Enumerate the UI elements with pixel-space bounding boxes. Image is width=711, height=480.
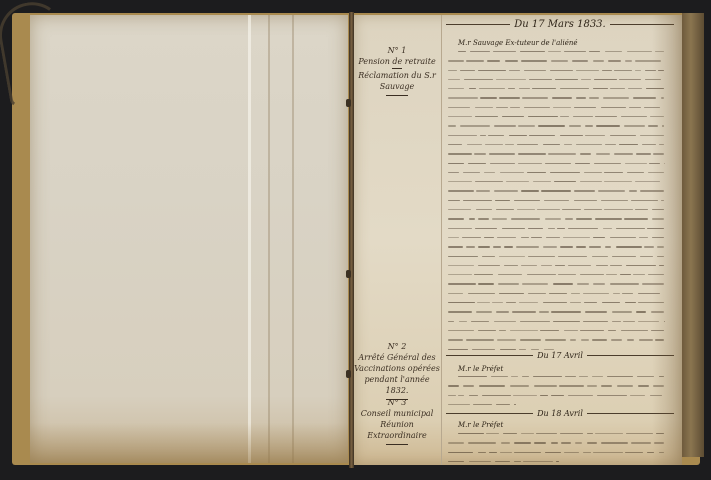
page-fold [248,15,251,463]
handwritten-line [448,149,670,158]
heading-rule [446,355,533,356]
handwritten-line [448,66,670,75]
handwritten-line [448,372,670,381]
entry-subtitle: Réclamation du S.r [354,70,440,81]
heading-rule [587,413,674,414]
heading-rule [446,413,533,414]
handwritten-line [448,112,670,121]
margin-column: N° 1 Pension de retraite Réclamation du … [354,15,440,465]
addressee: M.r le Préfet [458,421,503,429]
handwritten-line [448,131,670,140]
handwritten-line [448,103,670,112]
heading-rule [587,355,674,356]
divider [386,444,408,445]
handwritten-line [448,279,670,288]
entry-title: Arrêté Général des [354,352,440,363]
handwritten-line [448,270,670,279]
page-fold [268,15,270,463]
register-body: Du 17 Mars 1833. M.r Sauvage Ex-tuteur d… [446,15,676,465]
date-text: Du 17 Mars 1833. [514,19,605,30]
handwritten-text-block-3 [448,429,670,466]
handwritten-text-block-1 [448,47,670,354]
date-heading-3: Du 18 Avril [446,409,674,418]
entry-title: Réunion [354,419,440,430]
sewing-knot [346,270,351,278]
entry-number: N° 3 [354,397,440,408]
page-fold [292,15,294,463]
handwritten-line [448,140,670,149]
handwritten-line [448,261,670,270]
divider [392,68,402,69]
handwritten-line [448,47,670,56]
margin-entry-2: N° 2 Arrêté Général des Vaccinations opé… [354,341,440,403]
handwritten-line [448,242,670,251]
date-heading-1: Du 17 Mars 1833. [446,19,674,30]
handwritten-line [448,335,670,344]
handwritten-line [448,224,670,233]
handwritten-line [448,438,670,447]
handwritten-line [448,186,670,195]
date-heading-2: Du 17 Avril [446,351,674,360]
handwritten-line [448,429,670,438]
handwritten-line [448,56,670,65]
handwritten-line [448,93,670,102]
margin-entry-1: N° 1 Pension de retraite Réclamation du … [354,45,440,99]
handwritten-line [448,400,670,409]
handwritten-line [448,448,670,457]
handwritten-line [448,84,670,93]
entry-subtitle: Sauvage [354,81,440,92]
handwritten-text-block-2 [448,372,670,409]
book-edge-right [682,13,704,457]
handwritten-line [448,121,670,130]
entry-number: N° 2 [354,341,440,352]
entry-title: Extraordinaire [354,430,440,441]
addressee: M.r Sauvage Ex-tuteur de l'aliéné [458,39,578,47]
sewing-knot [346,99,351,107]
entry-title: Conseil municipal [354,408,440,419]
date-text: Du 17 Avril [537,351,583,360]
heading-rule [446,24,510,25]
left-page-blank [30,15,348,463]
page-stain [30,423,348,463]
handwritten-line [448,196,670,205]
handwritten-line [448,233,670,242]
entry-title: Vaccinations opérées [354,363,440,374]
handwritten-line [448,177,670,186]
sewing-knot [346,370,351,378]
handwritten-line [448,307,670,316]
handwritten-line [448,457,670,466]
handwritten-line [448,326,670,335]
handwritten-line [448,214,670,223]
handwritten-line [448,75,670,84]
divider [386,95,408,96]
entry-number: N° 1 [354,45,440,56]
handwritten-line [448,298,670,307]
handwritten-line [448,168,670,177]
heading-rule [610,24,674,25]
handwritten-line [448,252,670,261]
handwritten-line [448,317,670,326]
handwritten-line [448,159,670,168]
handwritten-line [448,205,670,214]
handwritten-line [448,391,670,400]
entry-title: pendant l'année 1832. [354,374,440,396]
margin-rule [441,15,442,465]
handwritten-line [448,289,670,298]
entry-title: Pension de retraite [354,56,440,67]
right-page-register: N° 1 Pension de retraite Réclamation du … [354,15,682,465]
date-text: Du 18 Avril [537,409,583,418]
margin-entry-3: N° 3 Conseil municipal Réunion Extraordi… [354,397,440,448]
handwritten-line [448,381,670,390]
